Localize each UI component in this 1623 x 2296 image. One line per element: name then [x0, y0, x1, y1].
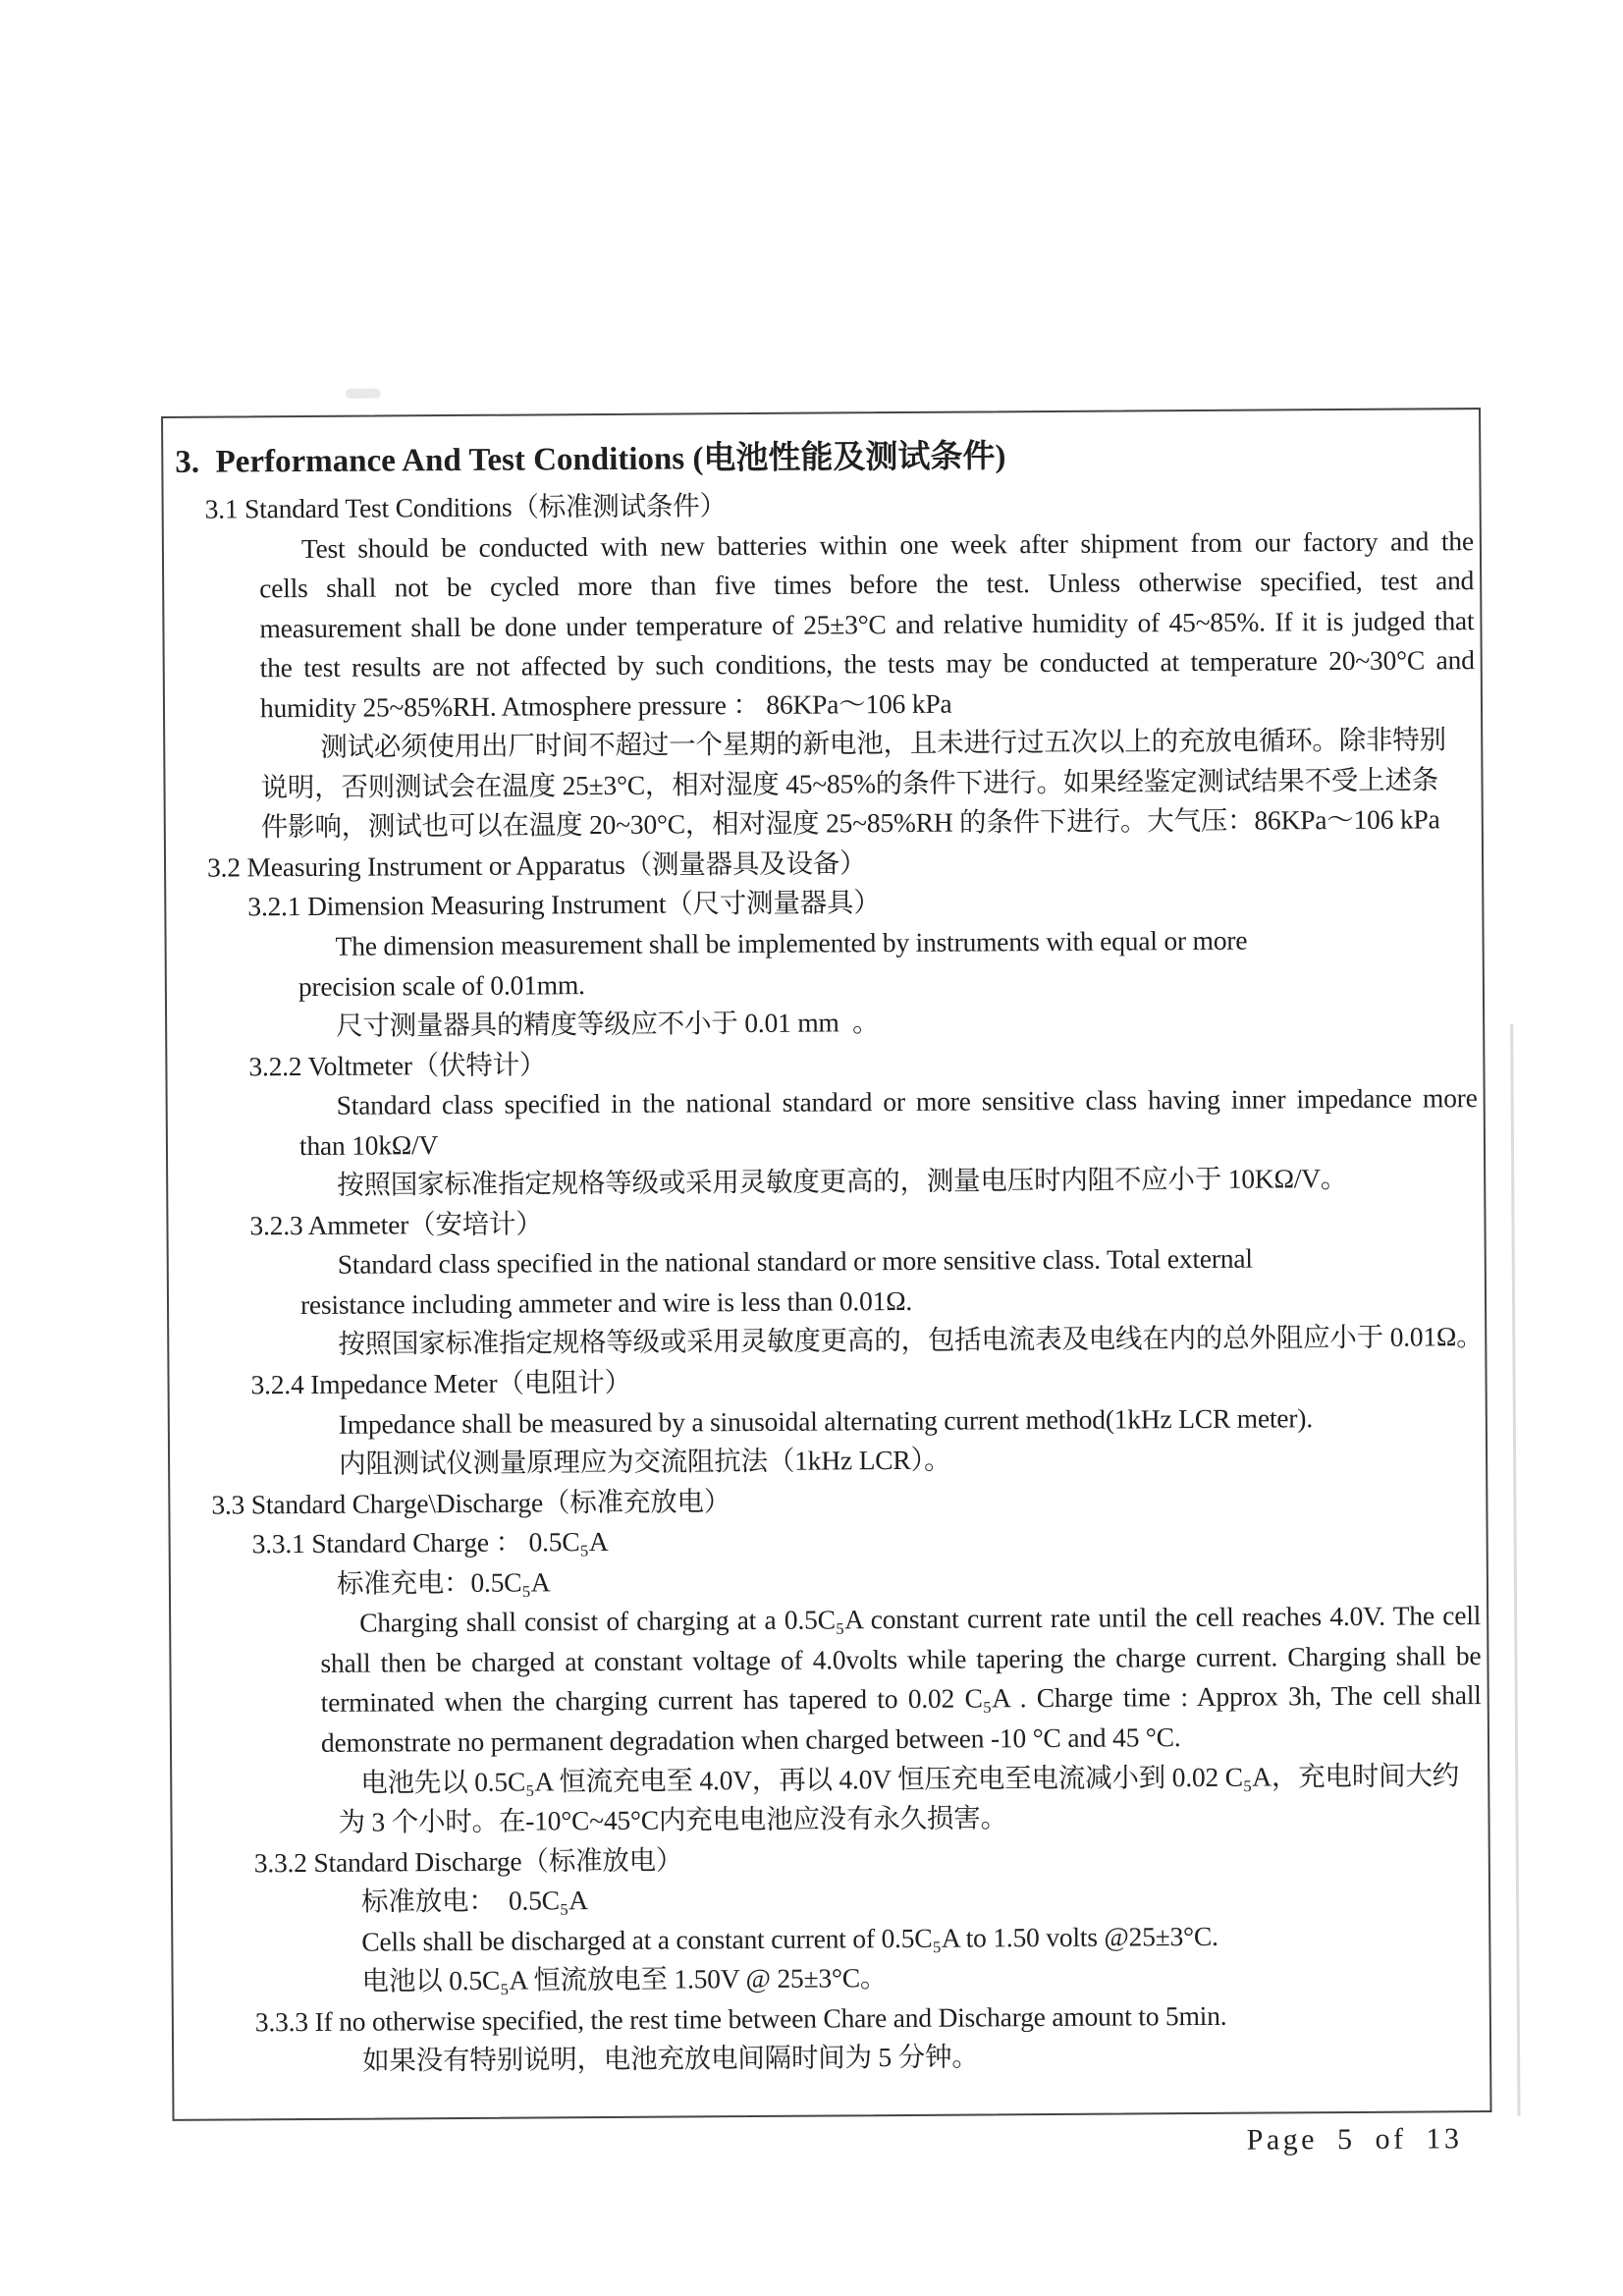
scan-streak — [1510, 1024, 1520, 2116]
scan-artifact — [346, 388, 381, 398]
text-line: 如果没有特别说明，电池充放电间隔时间为 5 分钟。 — [174, 2034, 1489, 2082]
document-box: 3. Performance And Test Conditions (电池性能… — [161, 408, 1491, 2121]
document-title: 3. Performance And Test Conditions (电池性能… — [163, 427, 1479, 490]
scanned-page: 3. Performance And Test Conditions (电池性能… — [0, 0, 1623, 2296]
page-number: Page 5 of 13 — [1247, 2122, 1463, 2157]
